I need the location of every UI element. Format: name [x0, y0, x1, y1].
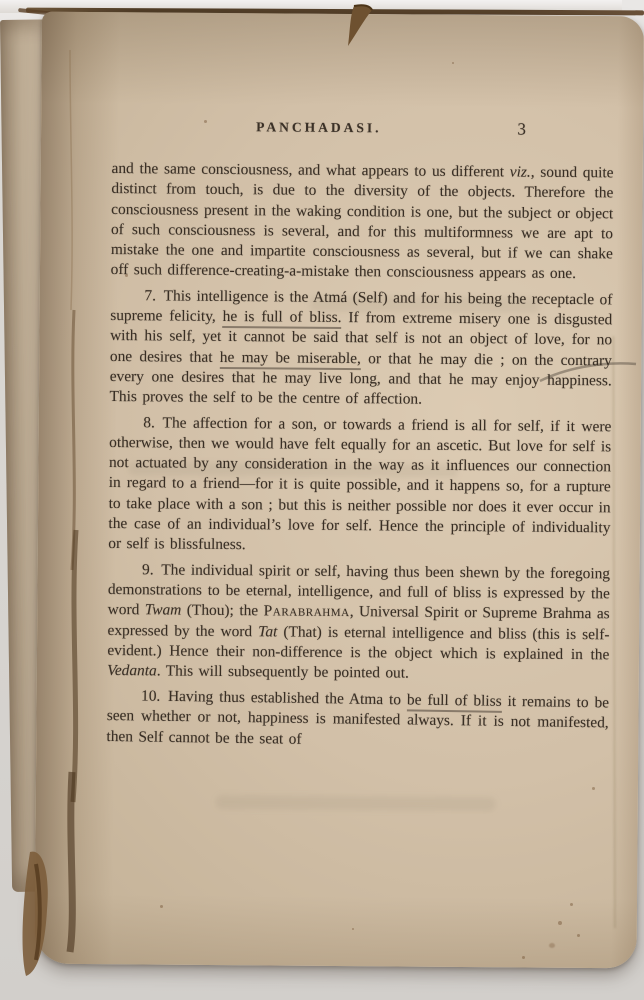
text-segment: Tat	[258, 623, 277, 640]
text-segment: 8. The affection for a son, or towards a…	[108, 414, 611, 554]
foxing-speck	[558, 921, 562, 925]
foxing-speck	[570, 903, 573, 906]
text-segment: , sound quite distinct from touch, is du…	[111, 164, 614, 283]
foxing-speck	[549, 943, 555, 948]
foxing-speck	[577, 934, 580, 937]
page-shading-top	[41, 12, 644, 109]
pencil-underlined-text: be full of bliss	[407, 692, 502, 713]
paragraph: 8. The affection for a son, or towards a…	[108, 413, 611, 559]
foxing-speck	[352, 928, 354, 930]
text-segment: . This will subsequently be pointed out.	[157, 663, 409, 682]
page-shading-bottom	[35, 894, 638, 969]
text-segment: (Thou); the	[181, 602, 263, 620]
ghost-smudge	[216, 795, 496, 811]
page-header: PANCHADASI. 3	[112, 118, 526, 142]
foxing-speck	[452, 62, 454, 64]
page-shading-gutter	[35, 12, 120, 965]
paragraph: 7. This intelligence is the Atmá (Self) …	[109, 286, 612, 412]
foxing-speck	[160, 905, 163, 908]
paragraph: 10. Having thus established the Atma to …	[106, 686, 609, 754]
text-segment: Vedanta	[107, 662, 157, 679]
text-segment: and the same consciousness, and what app…	[111, 160, 509, 180]
body-text: and the same consciousness, and what app…	[107, 159, 614, 752]
text-segment: Twam	[145, 602, 182, 619]
photo-of-book-page: PANCHADASI. 3 and the same consciousness…	[0, 0, 644, 1000]
text-segment: viz.	[510, 163, 531, 180]
foxing-speck	[592, 787, 595, 790]
paragraph: and the same consciousness, and what app…	[111, 159, 614, 285]
pencil-underlined-text: he may be miserable,	[220, 349, 361, 370]
foxing-speck	[522, 956, 525, 959]
text-segment: 10. Having thus established the Atma to	[141, 688, 407, 709]
text-segment: Parabrahma	[264, 603, 350, 621]
page-number: 3	[517, 120, 526, 140]
printed-text-block: PANCHADASI. 3 and the same consciousness…	[106, 118, 614, 757]
pencil-underlined-text: he is full of bliss.	[223, 308, 342, 329]
paragraph: 9. The individual spirit or self, having…	[107, 560, 610, 686]
running-title: PANCHADASI.	[112, 118, 526, 138]
